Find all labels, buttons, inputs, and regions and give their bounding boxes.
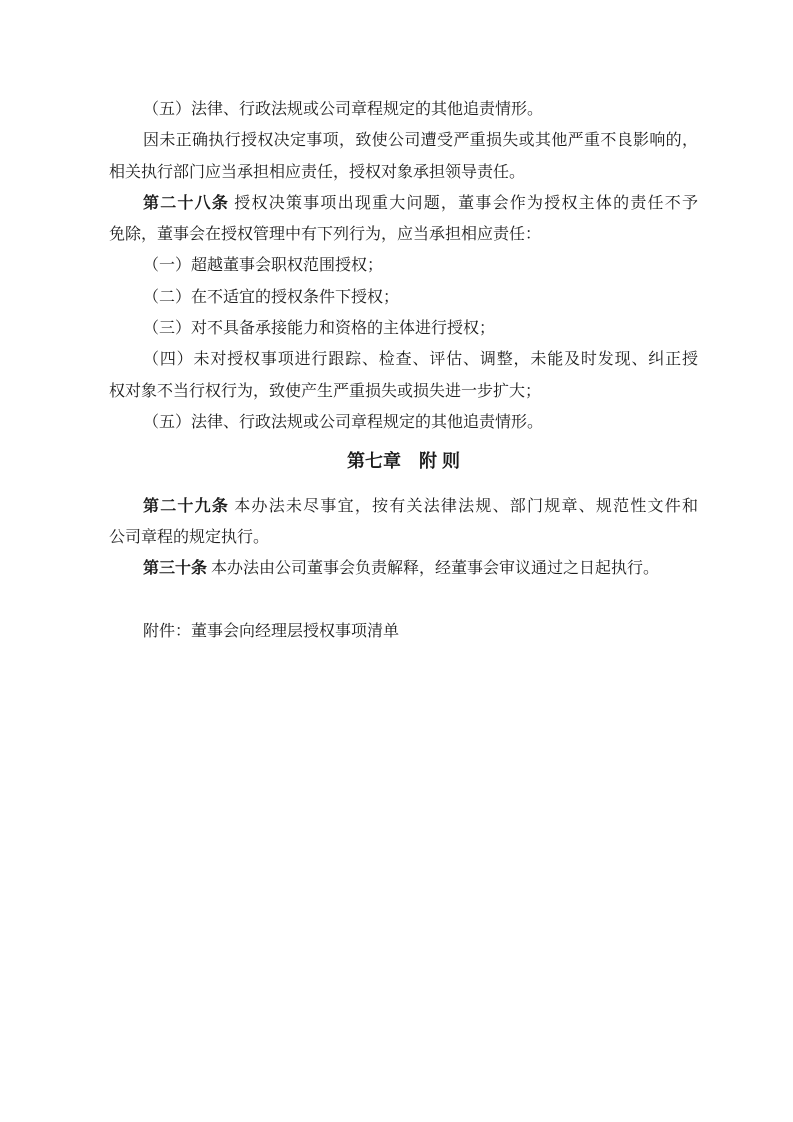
blank-line (109, 584, 698, 615)
doc-line: 免除，董事会在授权管理中有下列行为，应当承担相应责任： (109, 219, 698, 250)
doc-line: 公司章程的规定执行。 (109, 522, 698, 553)
article-number: 第三十条 (143, 560, 207, 577)
doc-line: 因未正确执行授权决定事项，致使公司遭受严重损失或其他严重不良影响的， (109, 125, 698, 156)
doc-line: （五）法律、行政法规或公司章程规定的其他追责情形。 (109, 407, 698, 438)
doc-line: 相关执行部门应当承担相应责任，授权对象承担领导责任。 (109, 157, 698, 188)
doc-line: （二）在不适宜的授权条件下授权； (109, 282, 698, 313)
doc-line: 第二十九条 本办法未尽事宜，按有关法律法规、部门规章、规范性文件和 (109, 491, 698, 522)
document-page: （五）法律、行政法规或公司章程规定的其他追责情形。因未正确执行授权决定事项，致使… (0, 0, 793, 1122)
doc-line: 第三十条 本办法由公司董事会负责解释，经董事会审议通过之日起执行。 (109, 553, 698, 584)
doc-line: （五）法律、行政法规或公司章程规定的其他追责情形。 (109, 94, 698, 125)
document-body: （五）法律、行政法规或公司章程规定的其他追责情形。因未正确执行授权决定事项，致使… (109, 94, 698, 647)
doc-line: 第二十八条 授权决策事项出现重大问题，董事会作为授权主体的责任不予 (109, 188, 698, 219)
article-number: 第二十九条 (143, 498, 229, 515)
article-number: 第二十八条 (143, 195, 229, 212)
doc-line: 附件：董事会向经理层授权事项清单 (109, 616, 698, 647)
chapter-heading: 第七章 附 则 (109, 446, 698, 477)
doc-line: （三）对不具备承接能力和资格的主体进行授权； (109, 313, 698, 344)
doc-line: （一）超越董事会职权范围授权； (109, 250, 698, 281)
doc-line: 权对象不当行权行为，致使产生严重损失或损失进一步扩大； (109, 376, 698, 407)
doc-line: （四）未对授权事项进行跟踪、检查、评估、调整，未能及时发现、纠正授 (109, 344, 698, 375)
